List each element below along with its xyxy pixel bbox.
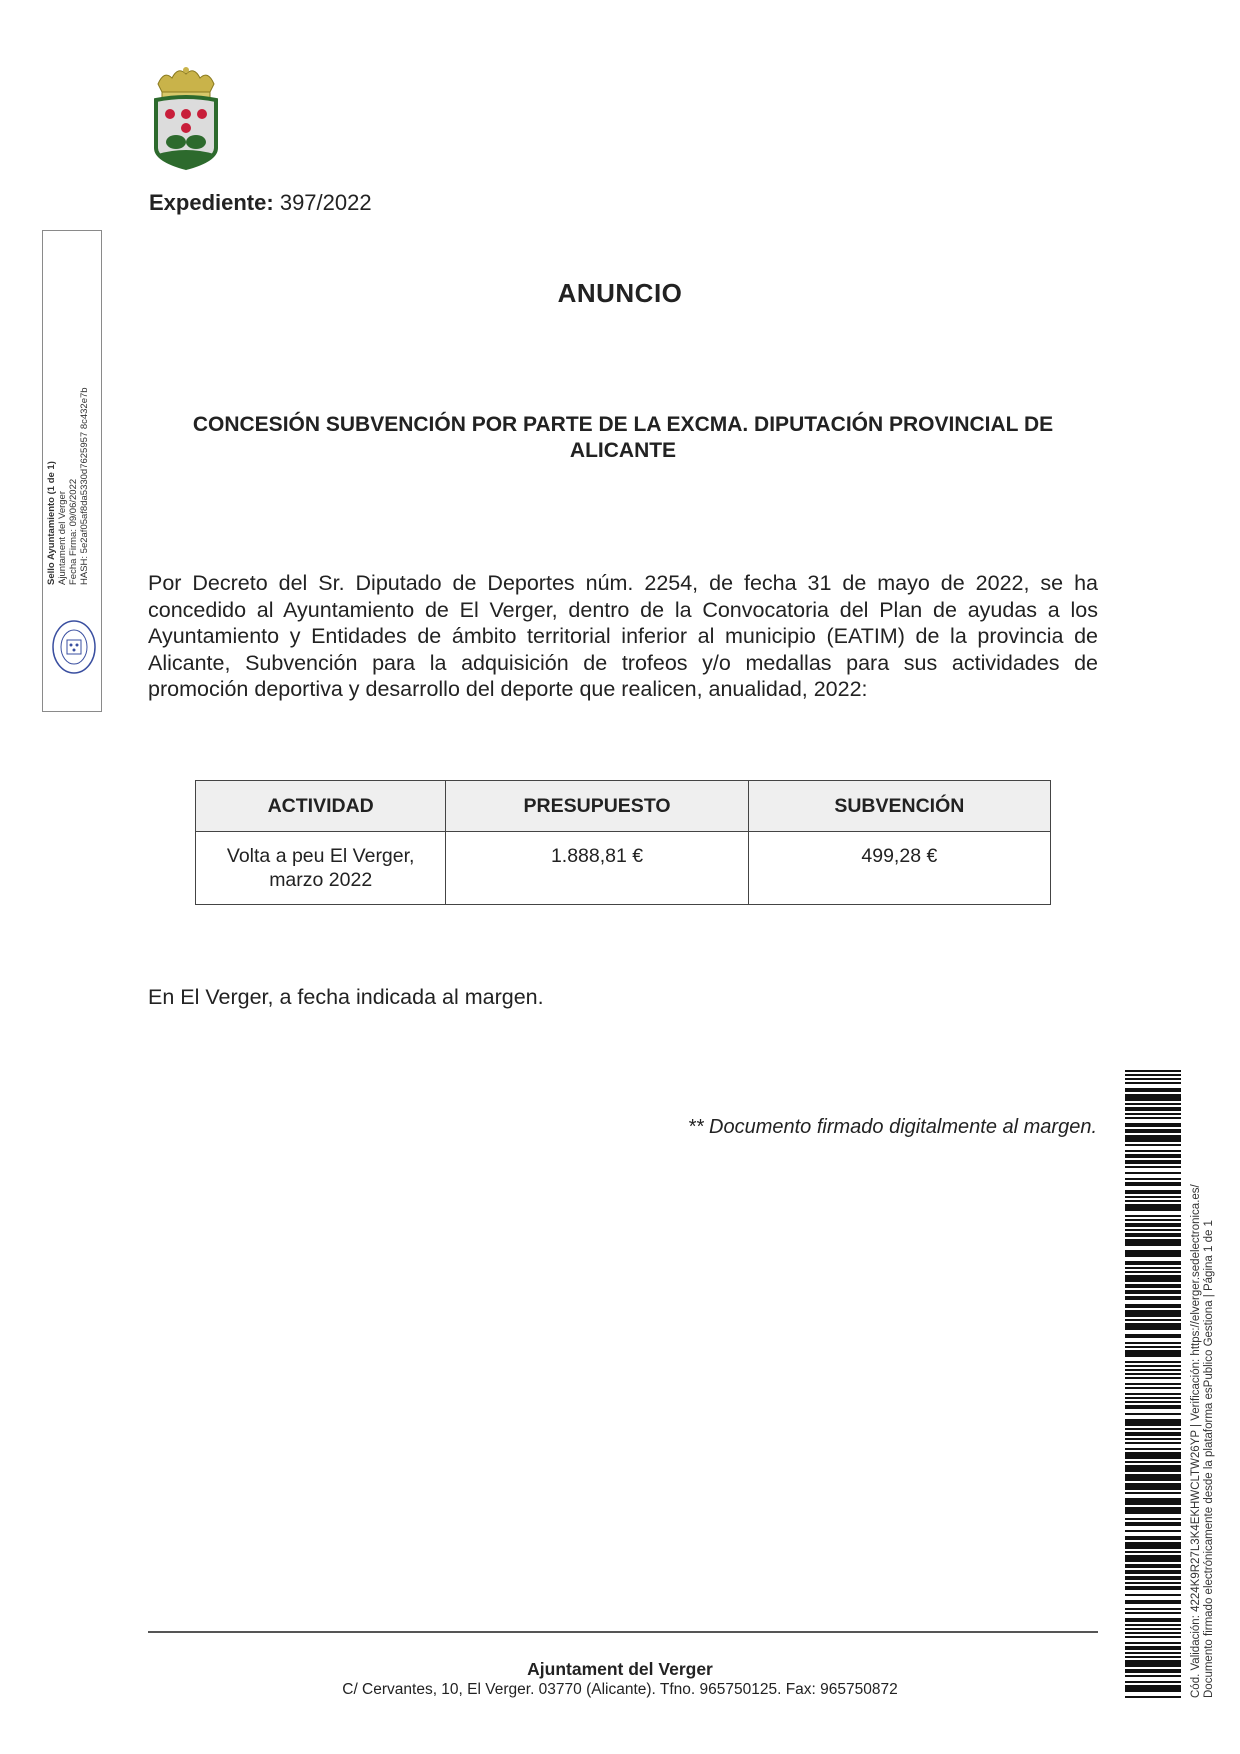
header-presupuesto: PRESUPUESTO	[446, 781, 748, 832]
seal-text: Sello Ayuntamiento (1 de 1) Ajuntament d…	[46, 387, 90, 585]
platform-note: Documento firmado electrónicamente desde…	[1203, 1184, 1216, 1698]
seal-date: Fecha Firma: 09/06/2022	[68, 387, 79, 585]
body-paragraph: Por Decreto del Sr. Diputado de Deportes…	[148, 570, 1098, 703]
signed-note: ** Documento firmado digitalmente al mar…	[688, 1116, 1097, 1139]
expediente: Expediente: 397/2022	[149, 190, 372, 216]
seal-issuer: Ajuntament del Verger	[57, 387, 68, 585]
seal-title: Sello Ayuntamiento (1 de 1)	[46, 387, 57, 585]
footer-divider	[148, 1631, 1098, 1633]
cell-presupuesto: 1.888,81 €	[446, 832, 748, 905]
cell-subvencion: 499,28 €	[748, 832, 1050, 905]
document-subtitle: CONCESIÓN SUBVENCIÓN POR PARTE DE LA EXC…	[148, 412, 1098, 464]
coat-of-arms-logo	[150, 62, 222, 172]
barcode-icon	[1125, 1070, 1181, 1698]
header-subvencion: SUBVENCIÓN	[748, 781, 1050, 832]
crown-icon	[158, 67, 214, 98]
table-header-row: ACTIVIDAD PRESUPUESTO SUBVENCIÓN	[196, 781, 1051, 832]
footer-organization: Ajuntament del Verger	[0, 1659, 1240, 1680]
municipal-stamp-icon	[50, 618, 98, 676]
seal-hash: HASH: 5e2af05af8da5330d7625957 8c432e7b	[79, 387, 90, 585]
validation-code: Cód. Validación: 4224K9R27L3K4EKHWCLTW26…	[1190, 1184, 1203, 1698]
grant-table: ACTIVIDAD PRESUPUESTO SUBVENCIÓN Volta a…	[195, 780, 1051, 905]
header-actividad: ACTIVIDAD	[196, 781, 446, 832]
cell-actividad: Volta a peu El Verger, marzo 2022	[196, 832, 446, 905]
closing-text: En El Verger, a fecha indicada al margen…	[148, 985, 544, 1010]
expediente-label: Expediente:	[149, 190, 274, 215]
verification-text: Cód. Validación: 4224K9R27L3K4EKHWCLTW26…	[1190, 1184, 1215, 1698]
expediente-value: 397/2022	[280, 190, 372, 215]
table-row: Volta a peu El Verger, marzo 2022 1.888,…	[196, 832, 1051, 905]
document-title: ANUNCIO	[0, 278, 1240, 309]
footer-address: C/ Cervantes, 10, El Verger. 03770 (Alic…	[0, 1681, 1240, 1699]
